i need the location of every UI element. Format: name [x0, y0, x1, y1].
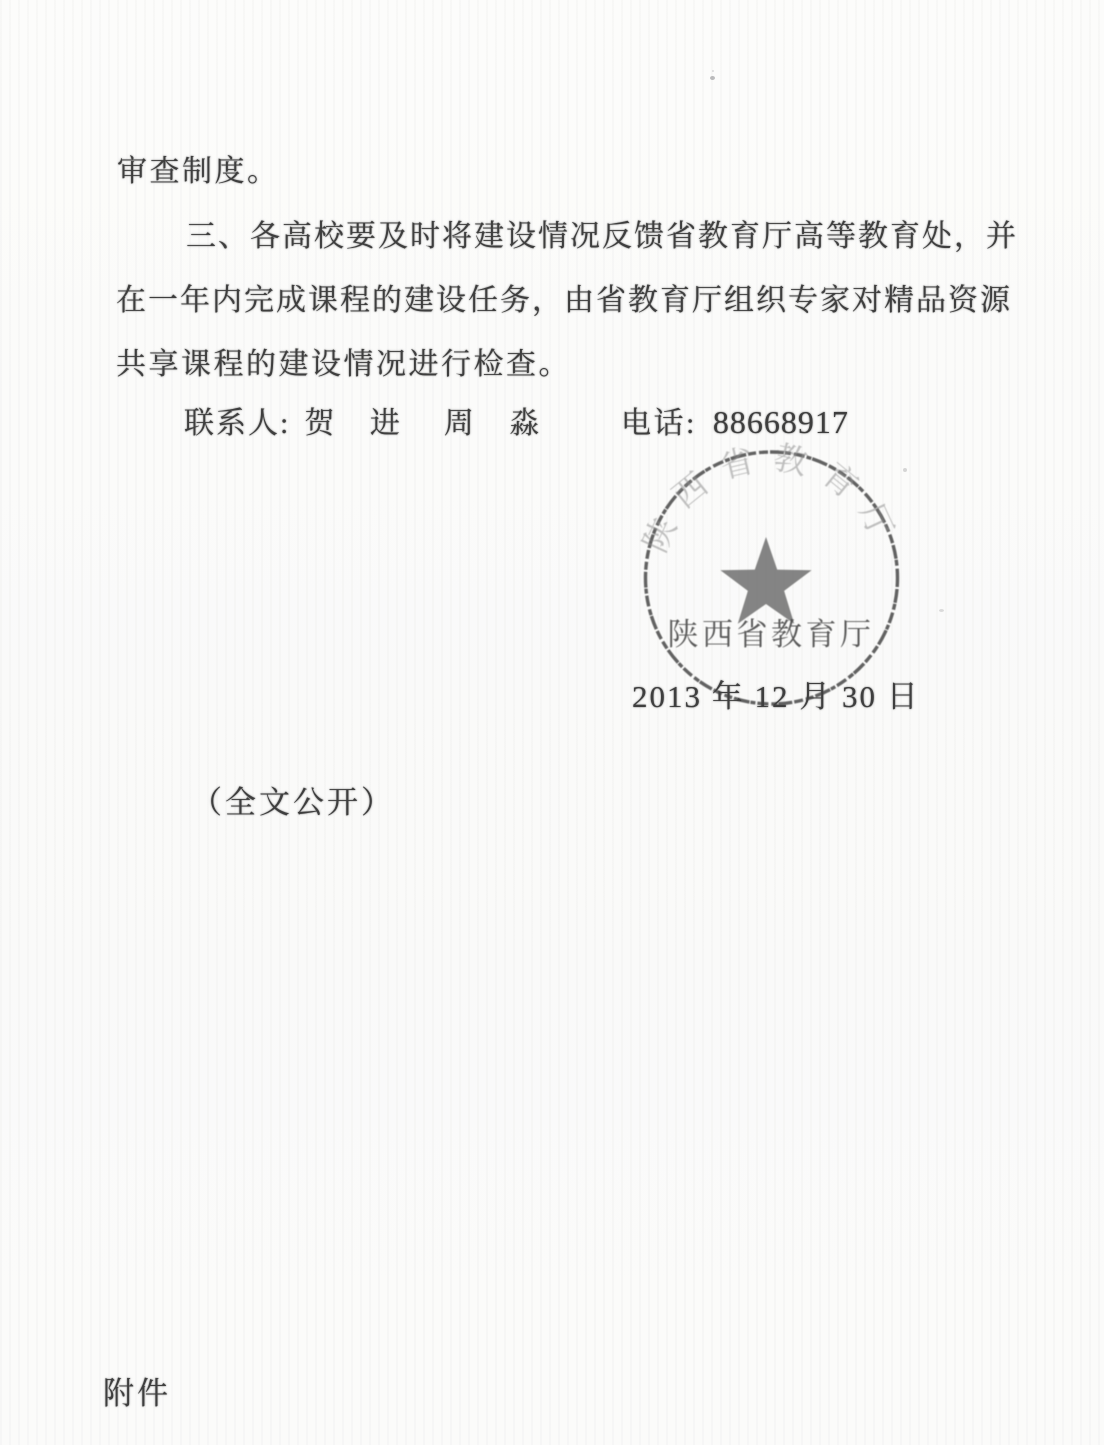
- seal-name-text: 陕西省教育厅: [668, 617, 875, 652]
- paragraph-line-2: 三、各高校要及时将建设情况反馈省教育厅高等教育处，并: [186, 211, 1018, 255]
- star-icon: [720, 537, 811, 624]
- contact-names: 贺 进 周 淼: [304, 407, 546, 440]
- scan-speckle: [712, 70, 714, 72]
- scan-speckle: [939, 609, 944, 612]
- paragraph-line-3: 在一年内完成课程的建设任务，由省教育厅组织专家对精品资源: [116, 275, 1012, 319]
- publicity-note: （全文公开）: [191, 777, 395, 822]
- seal-arc-text: 陕西省教育厅: [637, 440, 905, 558]
- attachment-label: 附件: [103, 1368, 171, 1413]
- scan-speckle: [903, 468, 907, 472]
- phone-number: 88668917: [713, 404, 849, 440]
- paragraph-line-1: 审查制度。: [117, 146, 280, 190]
- scan-speckle: [710, 76, 715, 80]
- contact-line: 联系人:贺 进 周 淼: [184, 398, 546, 442]
- paragraph-line-4: 共享课程的建设情况进行检查。: [116, 339, 571, 383]
- scanned-document-page: 审查制度。 三、各高校要及时将建设情况反馈省教育厅高等教育处，并 在一年内完成课…: [0, 0, 1104, 1445]
- phone-label: 电话:: [621, 407, 697, 440]
- phone-line: 电话:88668917: [621, 398, 849, 442]
- date-line: 2013 年 12 月 30 日: [632, 671, 920, 716]
- seal-arc-text-holder: 陕西省教育厅: [637, 440, 905, 558]
- contact-label: 联系人:: [184, 407, 290, 440]
